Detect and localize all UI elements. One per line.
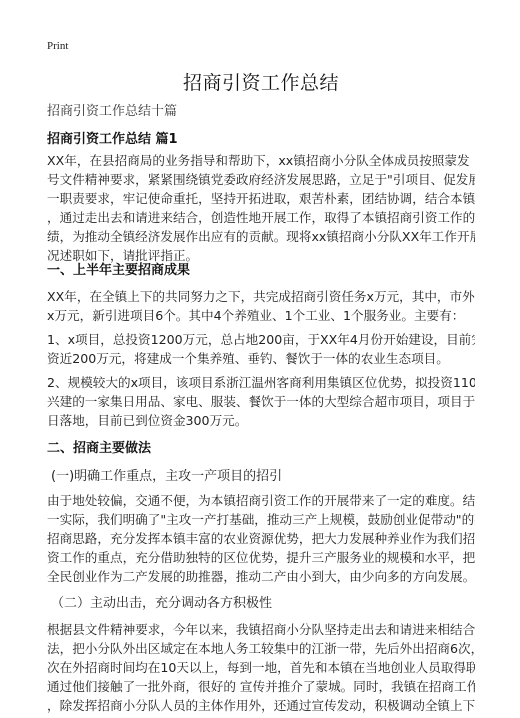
section-heading-2: 二、招商主要做法 xyxy=(47,437,151,456)
text-line: 全民创业作为二产发展的助推器，推动二产由小到大，由少向多的方向发展。 xyxy=(47,567,475,586)
text-line: 一职责要求，牢记使命重托，坚持开拓进取，艰苦朴素，团结协调，结合本镇实际 xyxy=(47,189,475,208)
paragraph-project-2: 2、规模较大的x项目，该项目系浙江温州客商利用集镇区位优势，拟投资1100万元 … xyxy=(47,373,475,430)
text-line: 资工作的重点，充分借助独特的区位优势，提升三产服务业的规模和水平，把鼓励 xyxy=(47,548,475,567)
text-line: 一实际，我们明确了"主攻一产打基础，推动三产上规模，鼓励创业促带动"的整体 xyxy=(47,510,475,529)
text-line: 法，把小分队外出区域定在本地人务工较集中的江浙一带，先后外出招商6次，每 xyxy=(47,639,475,658)
paragraph-focus: 由于地处较偏，交通不便，为本镇招商引资工作的开展带来了一定的难度。结合这 一实际… xyxy=(47,491,475,586)
paragraph-outreach-main xyxy=(47,601,475,620)
print-link[interactable]: Print xyxy=(47,40,68,52)
paragraph-intro: XX年，在县招商局的业务指导和帮助下，xx镇招商小分队全体成员按照蒙发【】2 号… xyxy=(47,151,475,265)
text-line: ，除发挥招商小分队人员的主体作用外，还通过宣传发动，积极调动全镇上下的招 xyxy=(47,696,475,715)
text-line: 根据县文件精神要求，今年以来，我镇招商小分队坚持走出去和请进来相结合的办 xyxy=(47,620,475,639)
text-line: XX年，在全镇上下的共同努力之下，共完成招商引资任务x万元，其中，市外资金 xyxy=(47,287,475,306)
text-line: 次在外招商时间均在10天以上，每到一地，首先和本镇在当地创业人员取得联系， xyxy=(47,658,475,677)
article-title: 招商引资工作总结 篇1 xyxy=(47,128,178,147)
text-line: 号文件精神要求，紧紧围绕镇党委政府经济发展思路，立足于"引项目、促发展"这 xyxy=(47,170,475,189)
text-line: x万元，新引进项目6个。其中4个养殖业、1个工业、1个服务业。主要有： xyxy=(47,306,475,325)
text-line: 兴建的一家集日用品、家电、服装、餐饮于一体的大型综合超市项目，项目于6月6 xyxy=(47,392,475,411)
text-line: 日落地，目前已到位资金300万元。 xyxy=(47,411,475,430)
document-subtitle: 招商引资工作总结十篇 xyxy=(47,100,177,119)
text-line: 绩，为推动全镇经济发展作出应有的贡献。现将xx镇招商小分队XX年工作开展情 xyxy=(47,227,475,246)
paragraph-outreach-content: 根据县文件精神要求，今年以来，我镇招商小分队坚持走出去和请进来相结合的办 法，把… xyxy=(47,620,475,715)
document-title: 招商引资工作总结 xyxy=(47,68,475,95)
paragraph-project-1: 1、x项目，总投资1200万元，总占地200亩，于XX年4月份开始建设，目前完成… xyxy=(47,330,475,368)
text-line: 由于地处较偏，交通不便，为本镇招商引资工作的开展带来了一定的难度。结合这 xyxy=(47,491,475,510)
text-line: 1、x项目，总投资1200万元，总占地200亩，于XX年4月份开始建设，目前完成… xyxy=(47,330,475,349)
text-line: 通过他们接触了一批外商，很好的 宣传并推介了蒙城。同时，我镇在招商工作中 xyxy=(47,677,475,696)
paragraph-achievements: XX年，在全镇上下的共同努力之下，共完成招商引资任务x万元，其中，市外资金 x万… xyxy=(47,287,475,325)
text-line: 资近200万元，将建成一个集养殖、垂钓、餐饮于一体的农业生态项目。 xyxy=(47,349,475,368)
subsection-heading-1: (一)明确工作重点，主攻一产项目的招引 xyxy=(51,465,282,484)
text-line: 招商思路，充分发挥本镇丰富的农业资源优势，把大力发展种养业作为我们招商引 xyxy=(47,529,475,548)
text-line: ，通过走出去和请进来结合，创造性地开展工作，取得了本镇招商引资工作的新成 xyxy=(47,208,475,227)
text-line: 2、规模较大的x项目，该项目系浙江温州客商利用集镇区位优势，拟投资1100万元 xyxy=(47,373,475,392)
section-heading-1: 一、上半年主要招商成果 xyxy=(47,259,190,278)
text-line: XX年，在县招商局的业务指导和帮助下，xx镇招商小分队全体成员按照蒙发【】2 xyxy=(47,151,475,170)
